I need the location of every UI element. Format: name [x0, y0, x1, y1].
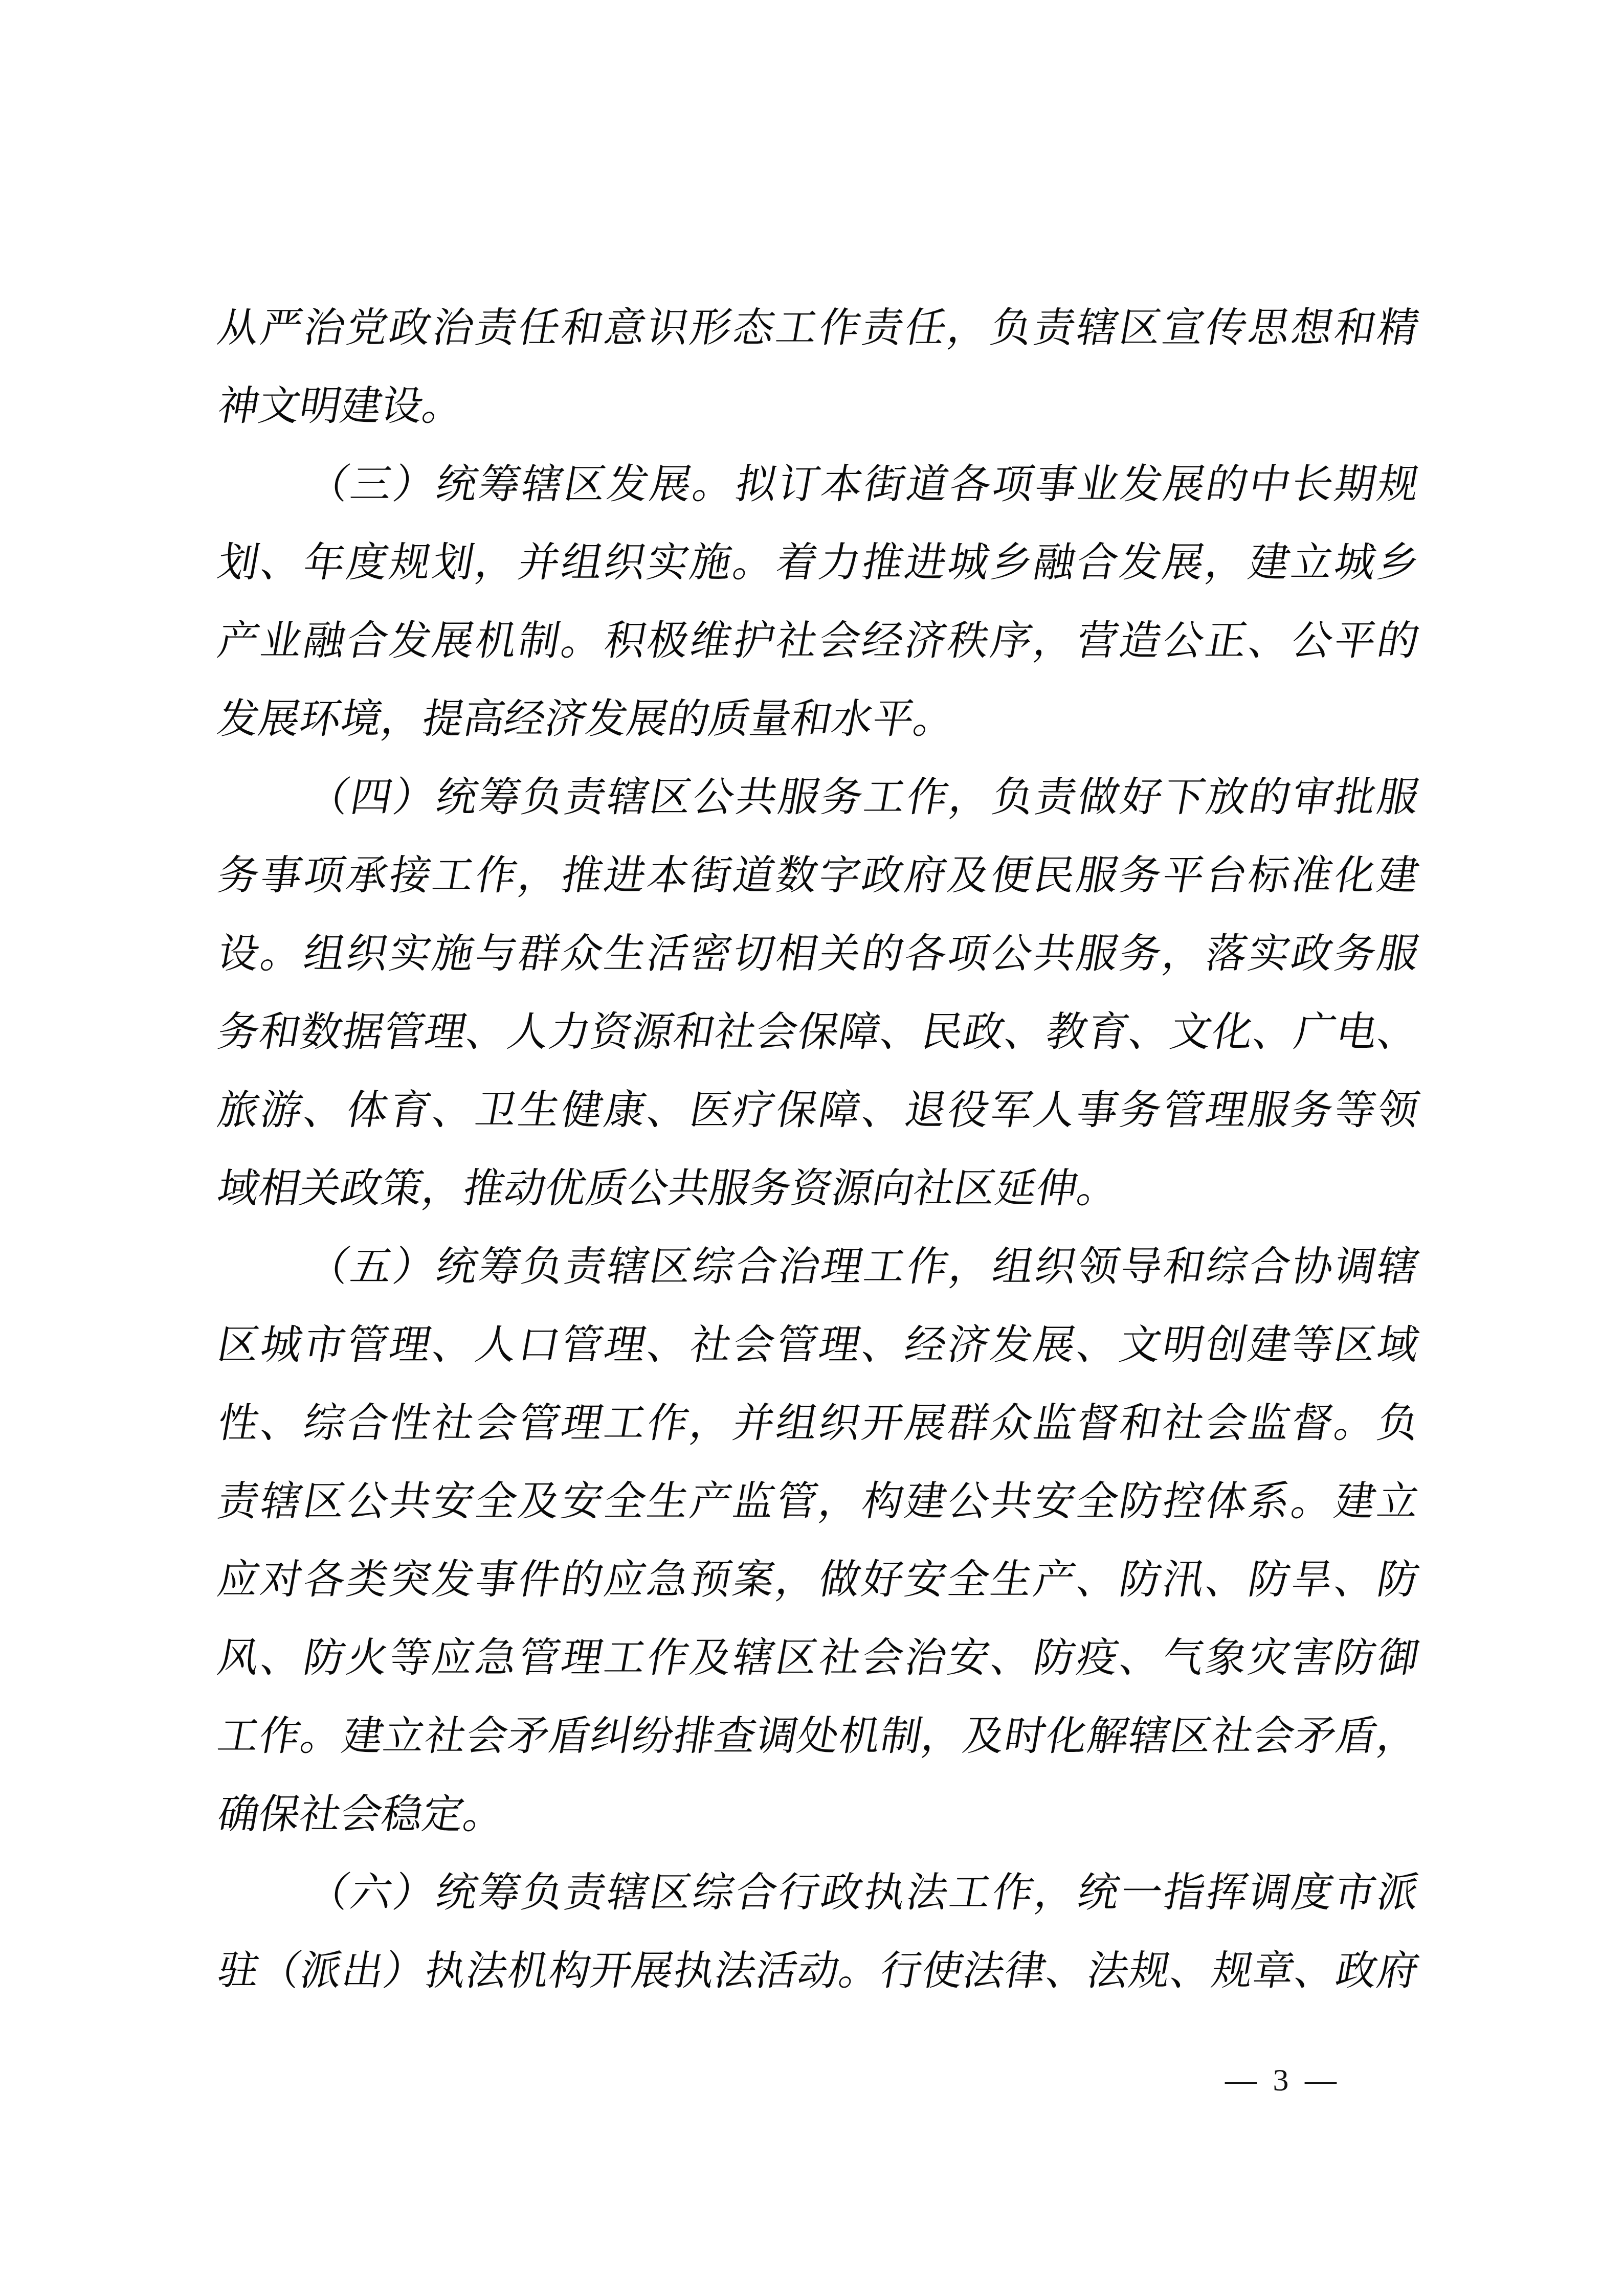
text-line: 务事项承接工作，推进本街道数字政府及便民服务平台标准化建 [211, 837, 1426, 915]
text-line: 风、防火等应急管理工作及辖区社会治安、防疫、气象灾害防御 [211, 1619, 1426, 1698]
text-line: 务和数据管理、人力资源和社会保障、民政、教育、文化、广电、 [211, 994, 1426, 1072]
text-line: 责辖区公共安全及安全生产监管，构建公共安全防控体系。建立 [211, 1463, 1426, 1541]
text-line: 从严治党政治责任和意识形态工作责任，负责辖区宣传思想和精 [211, 289, 1426, 368]
text-line: 设。组织实施与群众生活密切相关的各项公共服务，落实政务服 [211, 915, 1426, 994]
text-line: 驻（派出）执法机构开展执法活动。行使法律、法规、规章、政府 [211, 1932, 1426, 2011]
text-line: 性、综合性社会管理工作，并组织开展群众监督和社会监督。负 [211, 1385, 1426, 1463]
text-line: 确保社会稳定。 [211, 1776, 1426, 1854]
text-line: 域相关政策，推动优质公共服务资源向社区延伸。 [211, 1150, 1426, 1228]
text-line: 发展环境，提高经济发展的质量和水平。 [211, 681, 1426, 759]
page-number: — 3 — [1225, 2060, 1341, 2101]
text-line: 划、年度规划，并组织实施。着力推进城乡融合发展，建立城乡 [211, 524, 1426, 602]
text-line: 产业融合发展机制。积极维护社会经济秩序，营造公正、公平的 [211, 602, 1426, 681]
text-line: 工作。建立社会矛盾纠纷排查调处机制，及时化解辖区社会矛盾， [211, 1698, 1426, 1776]
text-line: （五）统筹负责辖区综合治理工作，组织领导和综合协调辖 [211, 1228, 1426, 1307]
text-line: 旅游、体育、卫生健康、医疗保障、退役军人事务管理服务等领 [211, 1072, 1426, 1150]
document-page: 从严治党政治责任和意识形态工作责任，负责辖区宣传思想和精 神文明建设。 （三）统… [0, 0, 1624, 2296]
document-text-body: 从严治党政治责任和意识形态工作责任，负责辖区宣传思想和精 神文明建设。 （三）统… [211, 289, 1412, 2011]
text-line: （六）统筹负责辖区综合行政执法工作，统一指挥调度市派 [211, 1854, 1426, 1932]
text-line: （三）统筹辖区发展。拟订本街道各项事业发展的中长期规 [211, 446, 1426, 524]
text-line: 应对各类突发事件的应急预案，做好安全生产、防汛、防旱、防 [211, 1541, 1426, 1619]
text-line: 区城市管理、人口管理、社会管理、经济发展、文明创建等区域 [211, 1307, 1426, 1385]
text-line: （四）统筹负责辖区公共服务工作，负责做好下放的审批服 [211, 759, 1426, 837]
text-line: 神文明建设。 [211, 368, 1426, 446]
